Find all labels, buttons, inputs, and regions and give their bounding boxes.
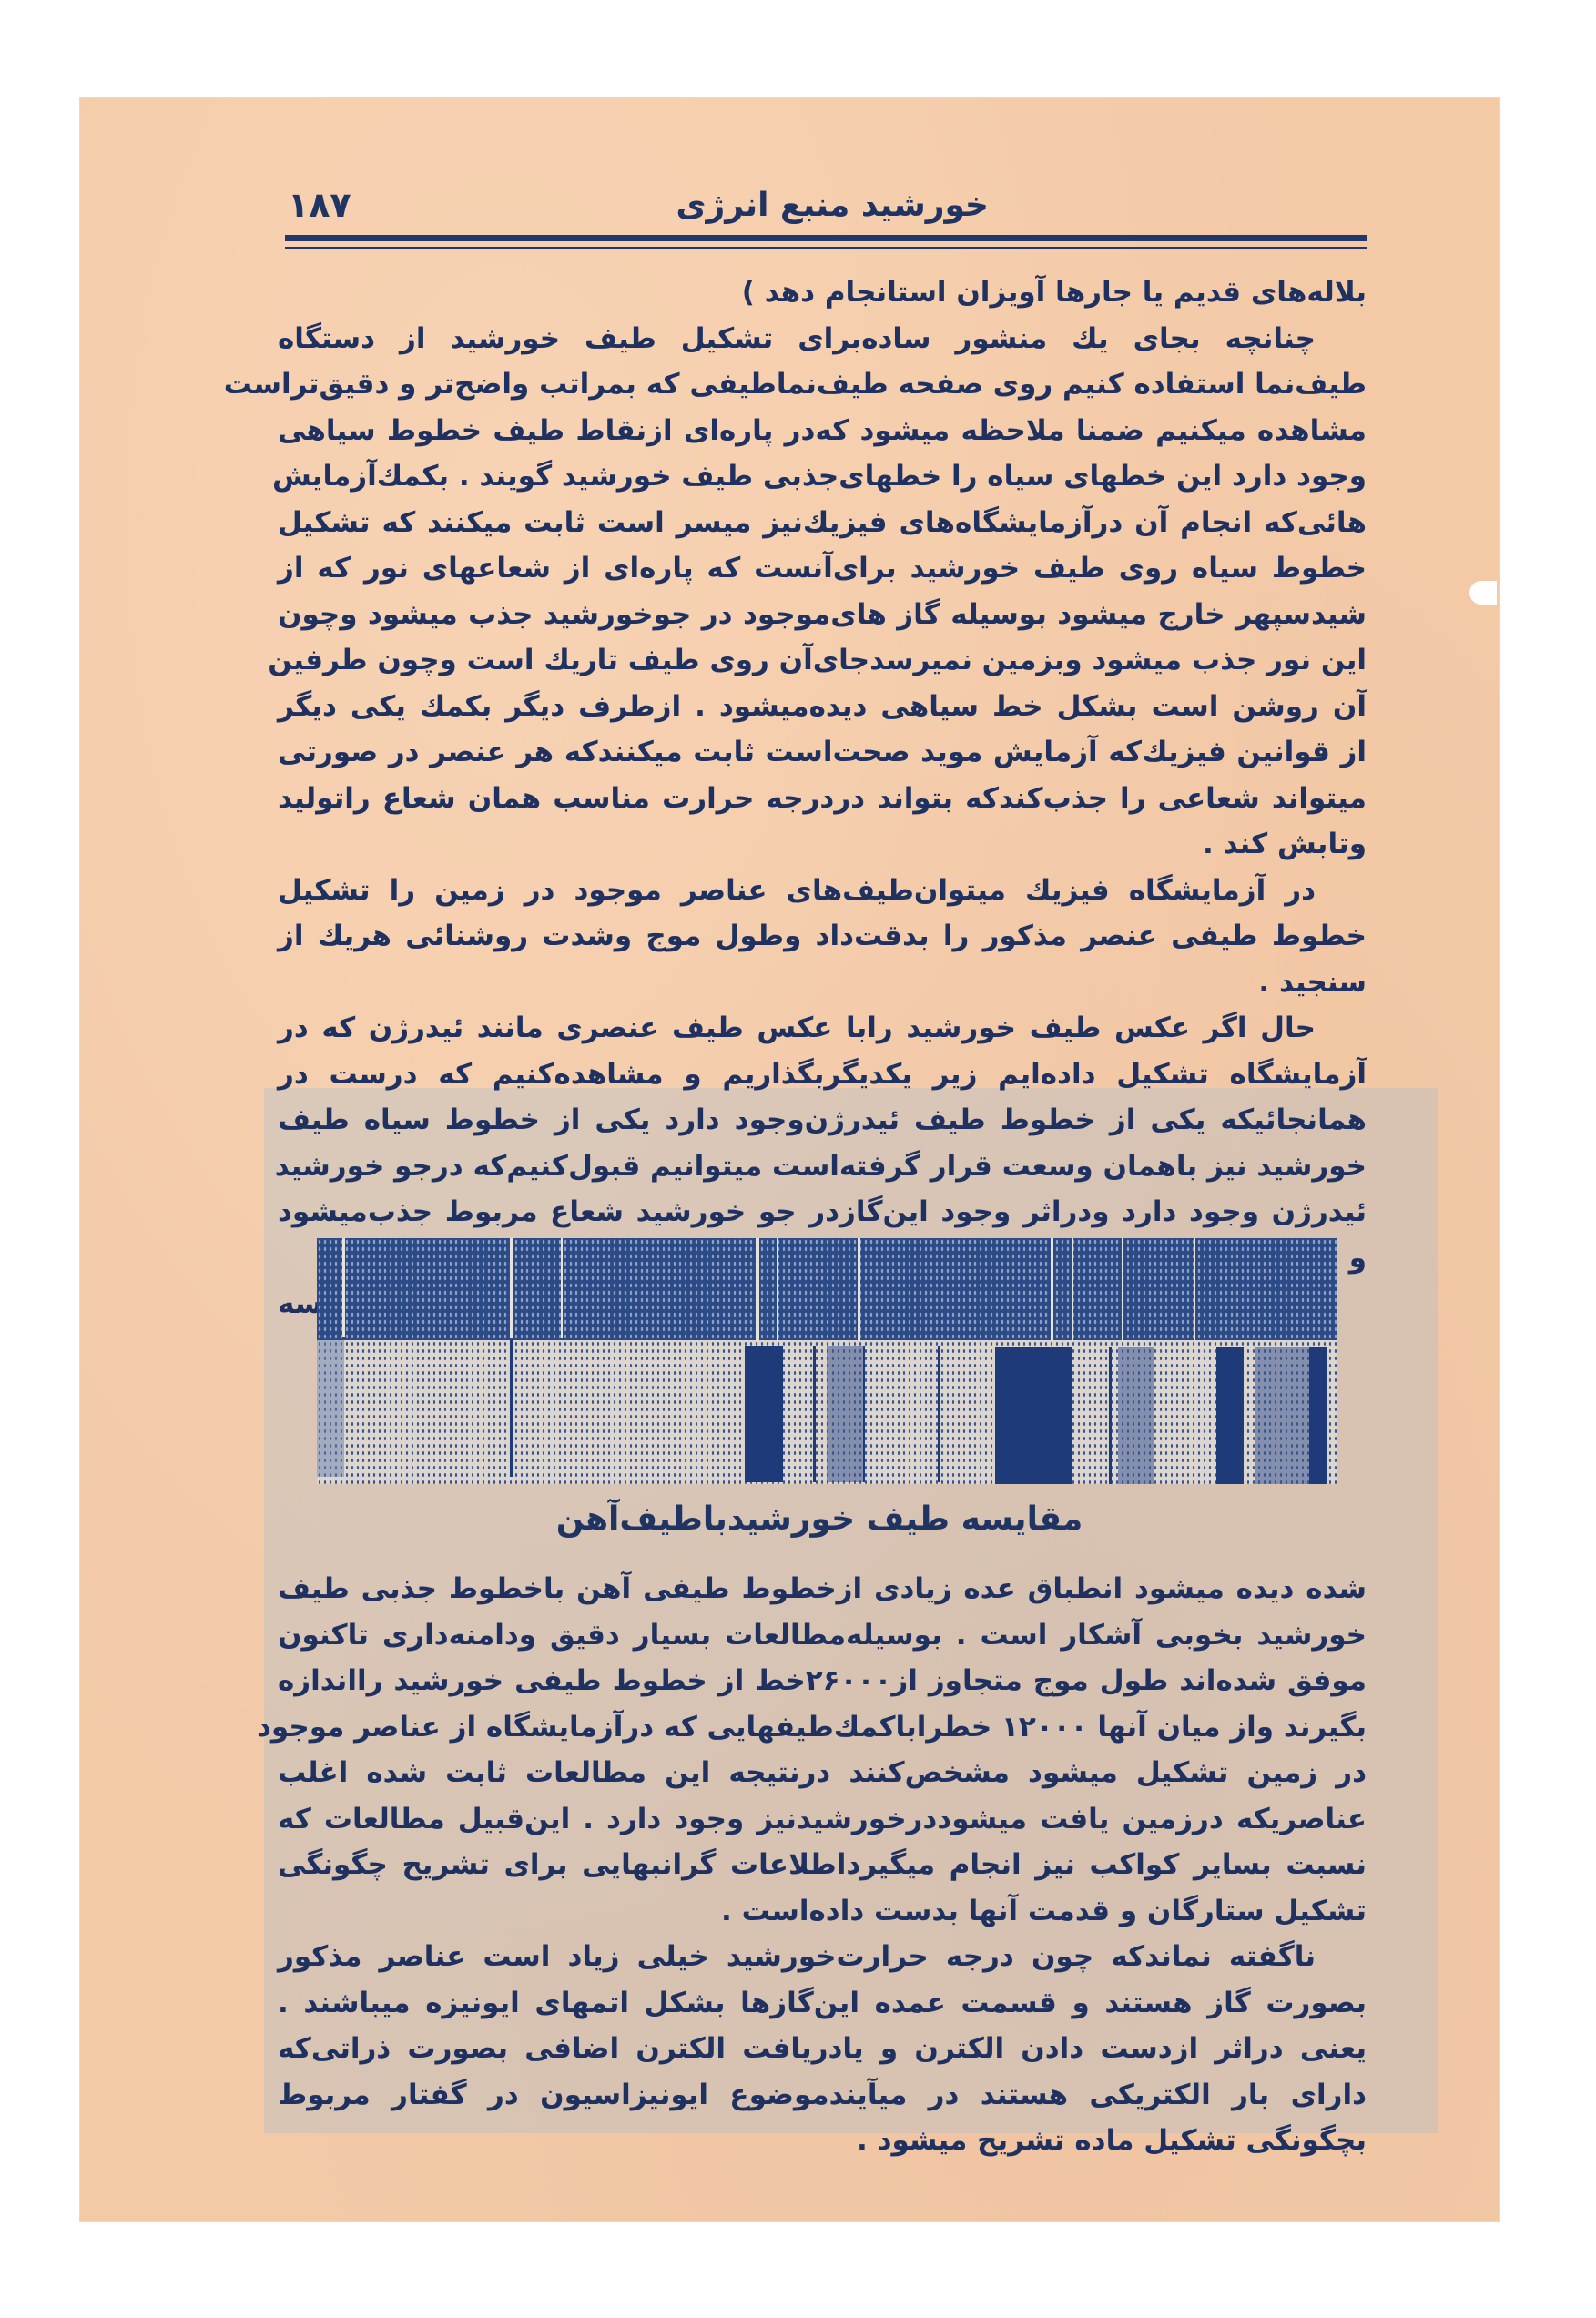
text-line: همانجائیکه یکی از خطوط طیف ئیدرژن‌وجود د… — [278, 1097, 1367, 1144]
text-line: طیف‌نما استفاده کنیم روی صفحه طیف‌نماطیف… — [278, 361, 1367, 408]
running-header: خورشید منبع انرژی ۱۸۷ — [284, 187, 1371, 241]
body-text-top: بلاله‌های قدیم یا جارها آویزان استانجام … — [278, 269, 1367, 1327]
text-line: بچگونگی تشکیل ماده تشریح میشود . — [278, 2118, 1367, 2164]
page-running-title: خورشید منبع انرژی — [676, 187, 989, 224]
text-line: خورشید بخوبی آشکار است . بوسیله‌مطالعات … — [278, 1612, 1367, 1659]
header-rule-thin — [285, 247, 1367, 249]
text-line: ئیدرژن وجود دارد ودراثر وجود این‌گازدر ج… — [278, 1189, 1367, 1235]
body-text-bottom: شده دیده میشود انطباق عده زیادی ازخطوط ط… — [278, 1566, 1367, 2164]
text-line: وجود دارد این خطهای سیاه را خطهای‌جذبی ط… — [278, 453, 1367, 500]
text-line: بصورت گاز هستند و قسمت عمده این‌گازها بش… — [278, 1980, 1367, 2027]
page-number: ۱۸۷ — [288, 185, 351, 225]
text-line: در زمین تشکیل میشود مشخص‌کنند درنتیجه ای… — [278, 1750, 1367, 1796]
text-line: ناگفته نماندکه چون درجه حرارت‌خورشید خیل… — [278, 1934, 1367, 1980]
text-line: شده دیده میشود انطباق عده زیادی ازخطوط ط… — [278, 1566, 1367, 1612]
text-line: سنجید . — [278, 960, 1367, 1006]
spectrum-image — [317, 1238, 1337, 1484]
text-line: عناصریکه درزمین یافت میشوددرخورشیدنیز وج… — [278, 1796, 1367, 1843]
text-line: خورشید نیز باهمان وسعت قرار گرفته‌است می… — [278, 1144, 1367, 1190]
text-line: از قوانین فیزیك‌که آزمایش موید صحت‌است ث… — [278, 729, 1367, 776]
page-tear — [1469, 581, 1497, 605]
text-line: بلاله‌های قدیم یا جارها آویزان استانجام … — [278, 269, 1367, 316]
text-line: وتابش کند . — [278, 821, 1367, 868]
text-line: خطوط طیفی عنصر مذکور را بدقت‌داد وطول مو… — [278, 913, 1367, 960]
text-line: میتواند شعاعی را جذب‌کندکه بتواند دردرجه… — [278, 776, 1367, 822]
text-line: شیدسپهر خارج میشود بوسیله گاز های‌موجود … — [278, 592, 1367, 638]
text-line: تشکیل ستارگان و قدمت آنها بدست داده‌است … — [278, 1888, 1367, 1935]
text-line: یعنی دراثر ازدست دادن الکترن و یادریافت … — [278, 2026, 1367, 2072]
text-line: چنانچه بجای یك منشور ساده‌برای تشکیل طیف… — [278, 316, 1367, 362]
header-rule-thick — [285, 235, 1367, 241]
text-line: نسبت بسایر کواکب نیز انجام میگیرداطلاعات… — [278, 1842, 1367, 1888]
text-line: موفق شده‌اند طول موج متجاوز از۲۶۰۰۰خط از… — [278, 1658, 1367, 1704]
text-line: خطوط سیاه روی طیف خورشید برای‌آنست که پا… — [278, 545, 1367, 592]
text-line: آن روشن است بشکل خط سیاهی دیده‌میشود . ا… — [278, 684, 1367, 730]
text-line: هائی‌که انجام آن درآزمایشگاه‌های فیزیك‌ن… — [278, 500, 1367, 546]
spectrum-figure — [317, 1238, 1337, 1484]
text-line: بگیرند واز میان آنها ۱۲۰۰۰ خطراباکمك‌طیف… — [278, 1704, 1367, 1751]
figure-caption: مقایسه طیف خورشیدباطیف‌آهن — [455, 1500, 1184, 1538]
text-line: دارای بار الکتریکی هستند در میآیندموضوع … — [278, 2072, 1367, 2119]
text-line: این نور جذب میشود وبزمین نمیرسدجای‌آن رو… — [278, 637, 1367, 684]
text-line: مشاهده میکنیم ضمنا ملاحظه میشود که‌در پا… — [278, 408, 1367, 454]
text-line: حال اگر عکس طیف خورشید رابا عکس طیف عنصر… — [278, 1005, 1367, 1052]
text-line: آزمایشگاه تشکیل داده‌ایم زیر یکدیگربگذار… — [278, 1052, 1367, 1098]
text-line: در آزمایشگاه فیزیك میتوان‌طیف‌های عناصر … — [278, 868, 1367, 914]
